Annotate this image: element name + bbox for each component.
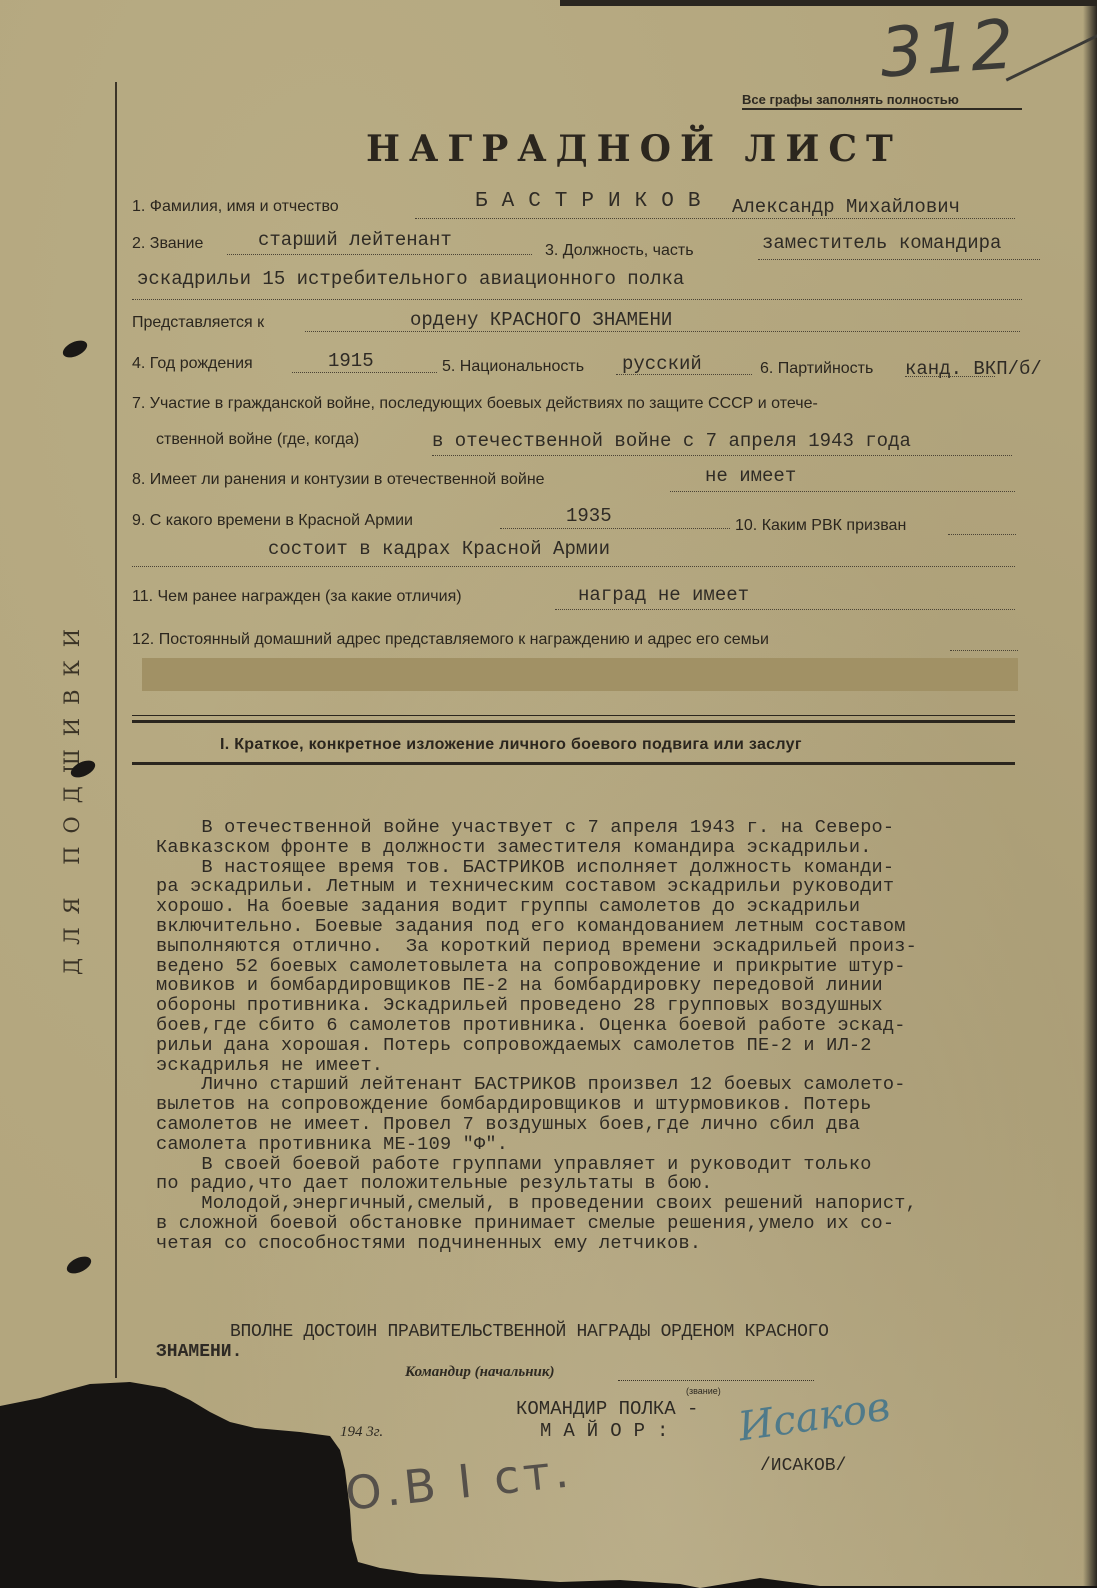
- field-2-label: 2. Звание: [132, 235, 203, 253]
- punch-hole: [60, 337, 89, 361]
- field-10-line: [948, 534, 1016, 535]
- divider-bottom: [132, 762, 1015, 765]
- award-value: ордену КРАСНОГО ЗНАМЕНИ: [410, 309, 672, 331]
- field-12-line: [950, 650, 1018, 651]
- field-9-line: [500, 528, 730, 529]
- scan-border-top: [560, 0, 1097, 6]
- field-1-label: 1. Фамилия, имя и отчество: [132, 198, 339, 215]
- field-2-line: [227, 254, 532, 255]
- field-4-label: 4. Год рождения: [132, 355, 253, 373]
- divider-top: [132, 720, 1015, 723]
- field-7-value: в отечественной войне с 7 апреля 1943 го…: [432, 430, 911, 452]
- instruction-note: Все графы заполнять полностью: [742, 92, 1022, 110]
- conclusion-line1: ВПОЛНЕ ДОСТОИН ПРАВИТЕЛЬСТВЕННОЙ НАГРАДЫ…: [230, 1322, 829, 1342]
- field-12-label: 12. Постоянный домашний адрес представля…: [132, 631, 769, 649]
- scan-border-right: [1083, 0, 1097, 1588]
- field-3-line: [758, 259, 1040, 260]
- field-3-line2: [132, 299, 1022, 300]
- field-7-label-line1: 7. Участие в гражданской войне, последую…: [132, 395, 818, 413]
- field-11-line: [555, 609, 1015, 610]
- field-7-line: [432, 455, 1012, 456]
- field-1-surname: БАСТРИКОВ: [475, 190, 714, 213]
- field-1-name: Александр Михайлович: [732, 196, 960, 218]
- document-title: НАГРАДНОЙ ЛИСТ: [366, 128, 902, 170]
- section-heading: I. Краткое, конкретное изложение личного…: [220, 736, 802, 754]
- conclusion-line2: ЗНАМЕНИ.: [156, 1342, 242, 1362]
- field-3-label: 3. Должность, часть: [545, 242, 694, 260]
- redacted-address: [142, 658, 1018, 691]
- field-8-line: [670, 491, 1015, 492]
- field-11-label: 11. Чем ранее награжден (за какие отличи…: [132, 588, 462, 606]
- field-10-line2: [132, 566, 1015, 567]
- field-5-value: русский: [622, 353, 702, 375]
- punch-hole: [64, 1253, 93, 1277]
- divider-dotted: [132, 715, 1015, 716]
- award-sheet: ДЛЯ ПОДШИВКИ 312 Все графы заполнять пол…: [0, 0, 1097, 1588]
- award-line: [305, 331, 1020, 332]
- torn-corner: [0, 1380, 1097, 1588]
- binding-margin-line: [115, 82, 117, 1378]
- award-label: Представляется к: [132, 314, 264, 332]
- field-1-line: [415, 218, 1015, 219]
- field-6-label: 6. Партийность: [760, 360, 873, 378]
- field-10-label: 10. Каким РВК призван: [735, 517, 906, 535]
- merit-description: В отечественной войне участвует с 7 апре…: [156, 818, 1076, 1254]
- field-8-label: 8. Имеет ли ранения и контузии в отечест…: [132, 471, 545, 489]
- field-5-label: 5. Национальность: [442, 358, 584, 376]
- field-2-value: старший лейтенант: [258, 229, 452, 251]
- field-4-value: 1915: [328, 350, 374, 372]
- field-10-value: состоит в кадрах Красной Армии: [268, 538, 610, 560]
- archive-number: 312: [877, 5, 1018, 93]
- field-11-value: наград не имеет: [578, 584, 749, 606]
- field-6-value: канд. ВКП/б/: [905, 358, 1042, 380]
- field-8-value: не имеет: [705, 465, 796, 487]
- field-9-label: 9. С какого времени в Красной Армии: [132, 512, 413, 530]
- field-4-line: [292, 372, 437, 373]
- field-9-value: 1935: [566, 505, 612, 527]
- field-7-label-line2: ственной войне (где, когда): [156, 431, 359, 449]
- commander-label: Командир (начальник): [405, 1364, 555, 1381]
- field-3-value-line1: заместитель командира: [762, 232, 1001, 254]
- field-1-row: 1. Фамилия, имя и отчество: [132, 198, 339, 216]
- field-3-value-line2: эскадрильи 15 истребительного авиационно…: [137, 268, 684, 290]
